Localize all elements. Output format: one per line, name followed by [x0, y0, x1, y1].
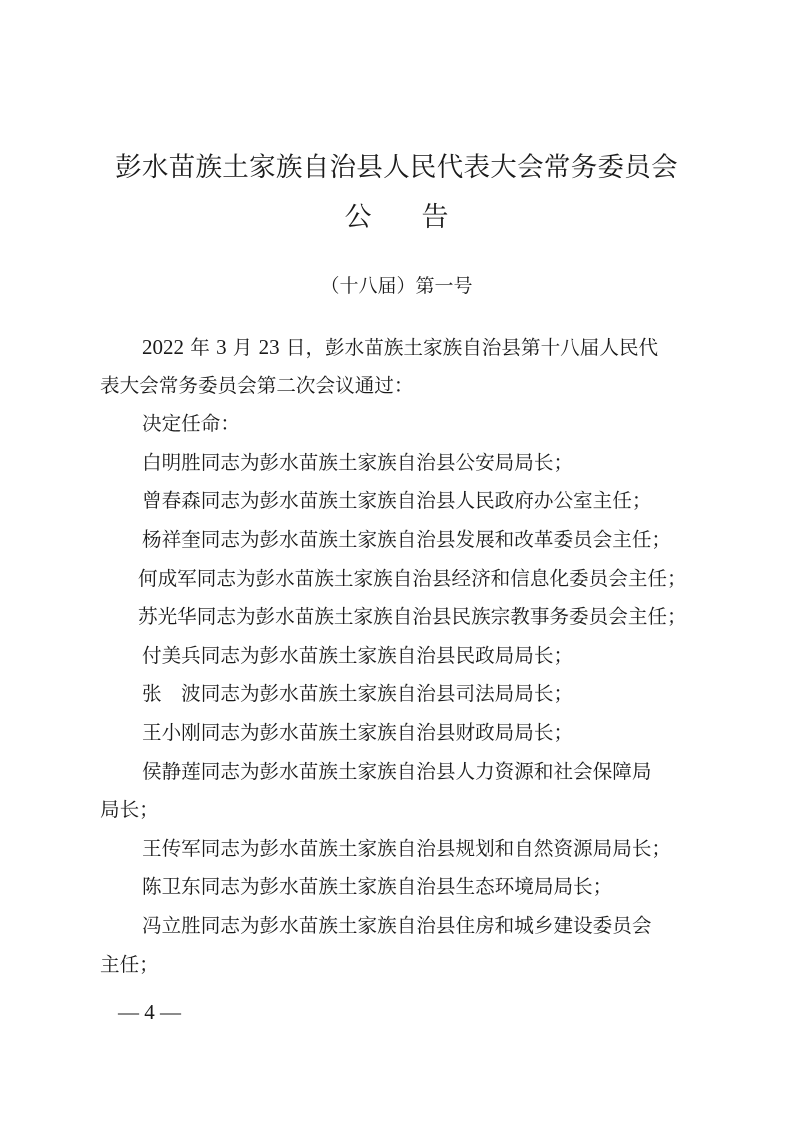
appointment-item: 杨祥奎同志为彭水苗族土家族自治县发展和改革委员会主任； [100, 521, 698, 560]
date-day: 23 [259, 335, 280, 359]
appointment-item: 白明胜同志为彭水苗族土家族自治县公安局局长； [100, 444, 698, 483]
intro-line-1: 2022 年 3 月 23 日，彭水苗族土家族自治县第十八届人民代 [100, 328, 698, 367]
appointment-item: 王小刚同志为彭水苗族土家族自治县财政局局长； [100, 714, 698, 753]
document-body: 2022 年 3 月 23 日，彭水苗族土家族自治县第十八届人民代 表大会常务委… [100, 328, 698, 984]
intro-line-2: 表大会常务委员会第二次会议通过： [100, 367, 698, 406]
document-number: （十八届）第一号 [0, 272, 793, 300]
appointment-item: 何成军同志为彭水苗族土家族自治县经济和信息化委员会主任； [100, 560, 698, 599]
date-text: 年 [184, 336, 216, 359]
appointment-item: 冯立胜同志为彭水苗族土家族自治县住房和城乡建设委员会 [100, 907, 698, 946]
date-year: 2022 [142, 335, 184, 359]
decision-label: 决定任命： [100, 405, 698, 444]
appointment-item: 曾春森同志为彭水苗族土家族自治县人民政府办公室主任； [100, 482, 698, 521]
subtitle-char: 告 [422, 200, 449, 236]
document-subtitle: 公告 [0, 200, 793, 236]
date-month: 3 [216, 335, 227, 359]
page-number: — 4 — [118, 998, 181, 1026]
appointment-item: 付美兵同志为彭水苗族土家族自治县民政局局长； [100, 637, 698, 676]
subtitle-char: 公 [345, 200, 372, 236]
appointment-item: 苏光华同志为彭水苗族土家族自治县民族宗教事务委员会主任； [100, 598, 698, 637]
document-title: 彭水苗族土家族自治县人民代表大会常务委员会 [90, 150, 703, 186]
date-text: 日，彭水苗族土家族自治县第十八届人民代 [280, 336, 659, 359]
document-page: 彭水苗族土家族自治县人民代表大会常务委员会 公告 （十八届）第一号 2022 年… [0, 0, 793, 1122]
appointment-item: 王传军同志为彭水苗族土家族自治县规划和自然资源局局长； [100, 830, 698, 869]
date-text: 月 [227, 336, 259, 359]
appointment-item: 张 波同志为彭水苗族土家族自治县司法局局长； [100, 675, 698, 714]
appointment-item-continuation: 局长； [100, 791, 698, 830]
appointment-item: 陈卫东同志为彭水苗族土家族自治县生态环境局局长； [100, 868, 698, 907]
appointment-item-continuation: 主任； [100, 946, 698, 985]
appointment-item: 侯静莲同志为彭水苗族土家族自治县人力资源和社会保障局 [100, 753, 698, 792]
